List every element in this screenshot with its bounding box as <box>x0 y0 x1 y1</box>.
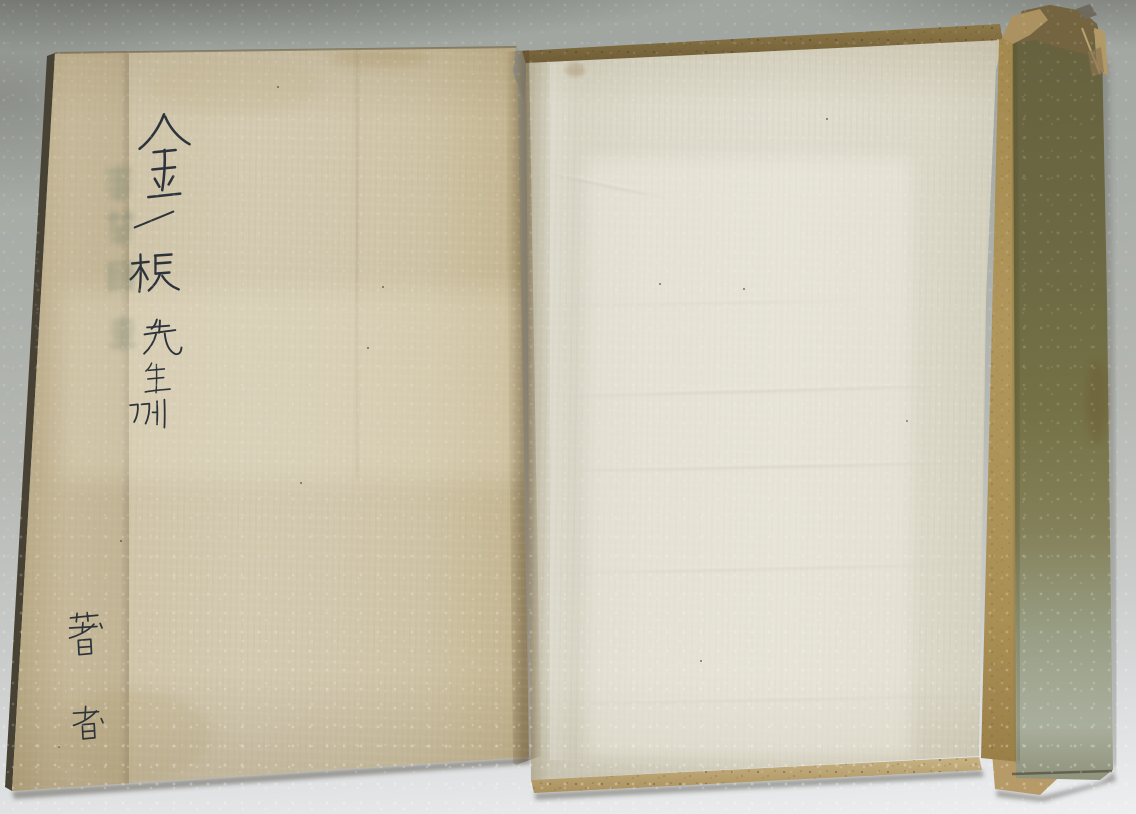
paper-speck <box>826 118 828 120</box>
cover-stain <box>1086 360 1108 444</box>
paper-speck <box>659 283 661 285</box>
paper-speck <box>906 420 908 422</box>
dedication-char-2 <box>132 206 176 234</box>
paper-speck <box>743 288 745 290</box>
dedication-char-1 <box>135 112 193 204</box>
paper-speck <box>367 347 369 349</box>
page-fold-highlight <box>550 60 576 760</box>
paper-speck <box>300 482 302 484</box>
paper-speck <box>277 86 279 88</box>
paper-speck <box>700 660 702 662</box>
book-photo-scene <box>0 0 1136 814</box>
dedication-char-3 <box>128 250 185 295</box>
author-char-2 <box>69 704 106 750</box>
author-char-1 <box>65 611 104 669</box>
show-through-panel <box>585 158 911 758</box>
show-through-char <box>102 165 136 203</box>
paper-speck <box>382 286 384 288</box>
paper-speck <box>58 746 60 748</box>
dedication-char-4 <box>141 317 185 365</box>
dedication-char-5 <box>142 361 174 397</box>
paper-stain <box>330 50 430 66</box>
show-through-char <box>107 316 138 351</box>
paper-stain <box>150 58 320 113</box>
dedication-char-6 <box>128 398 173 430</box>
paper-speck <box>120 540 122 542</box>
